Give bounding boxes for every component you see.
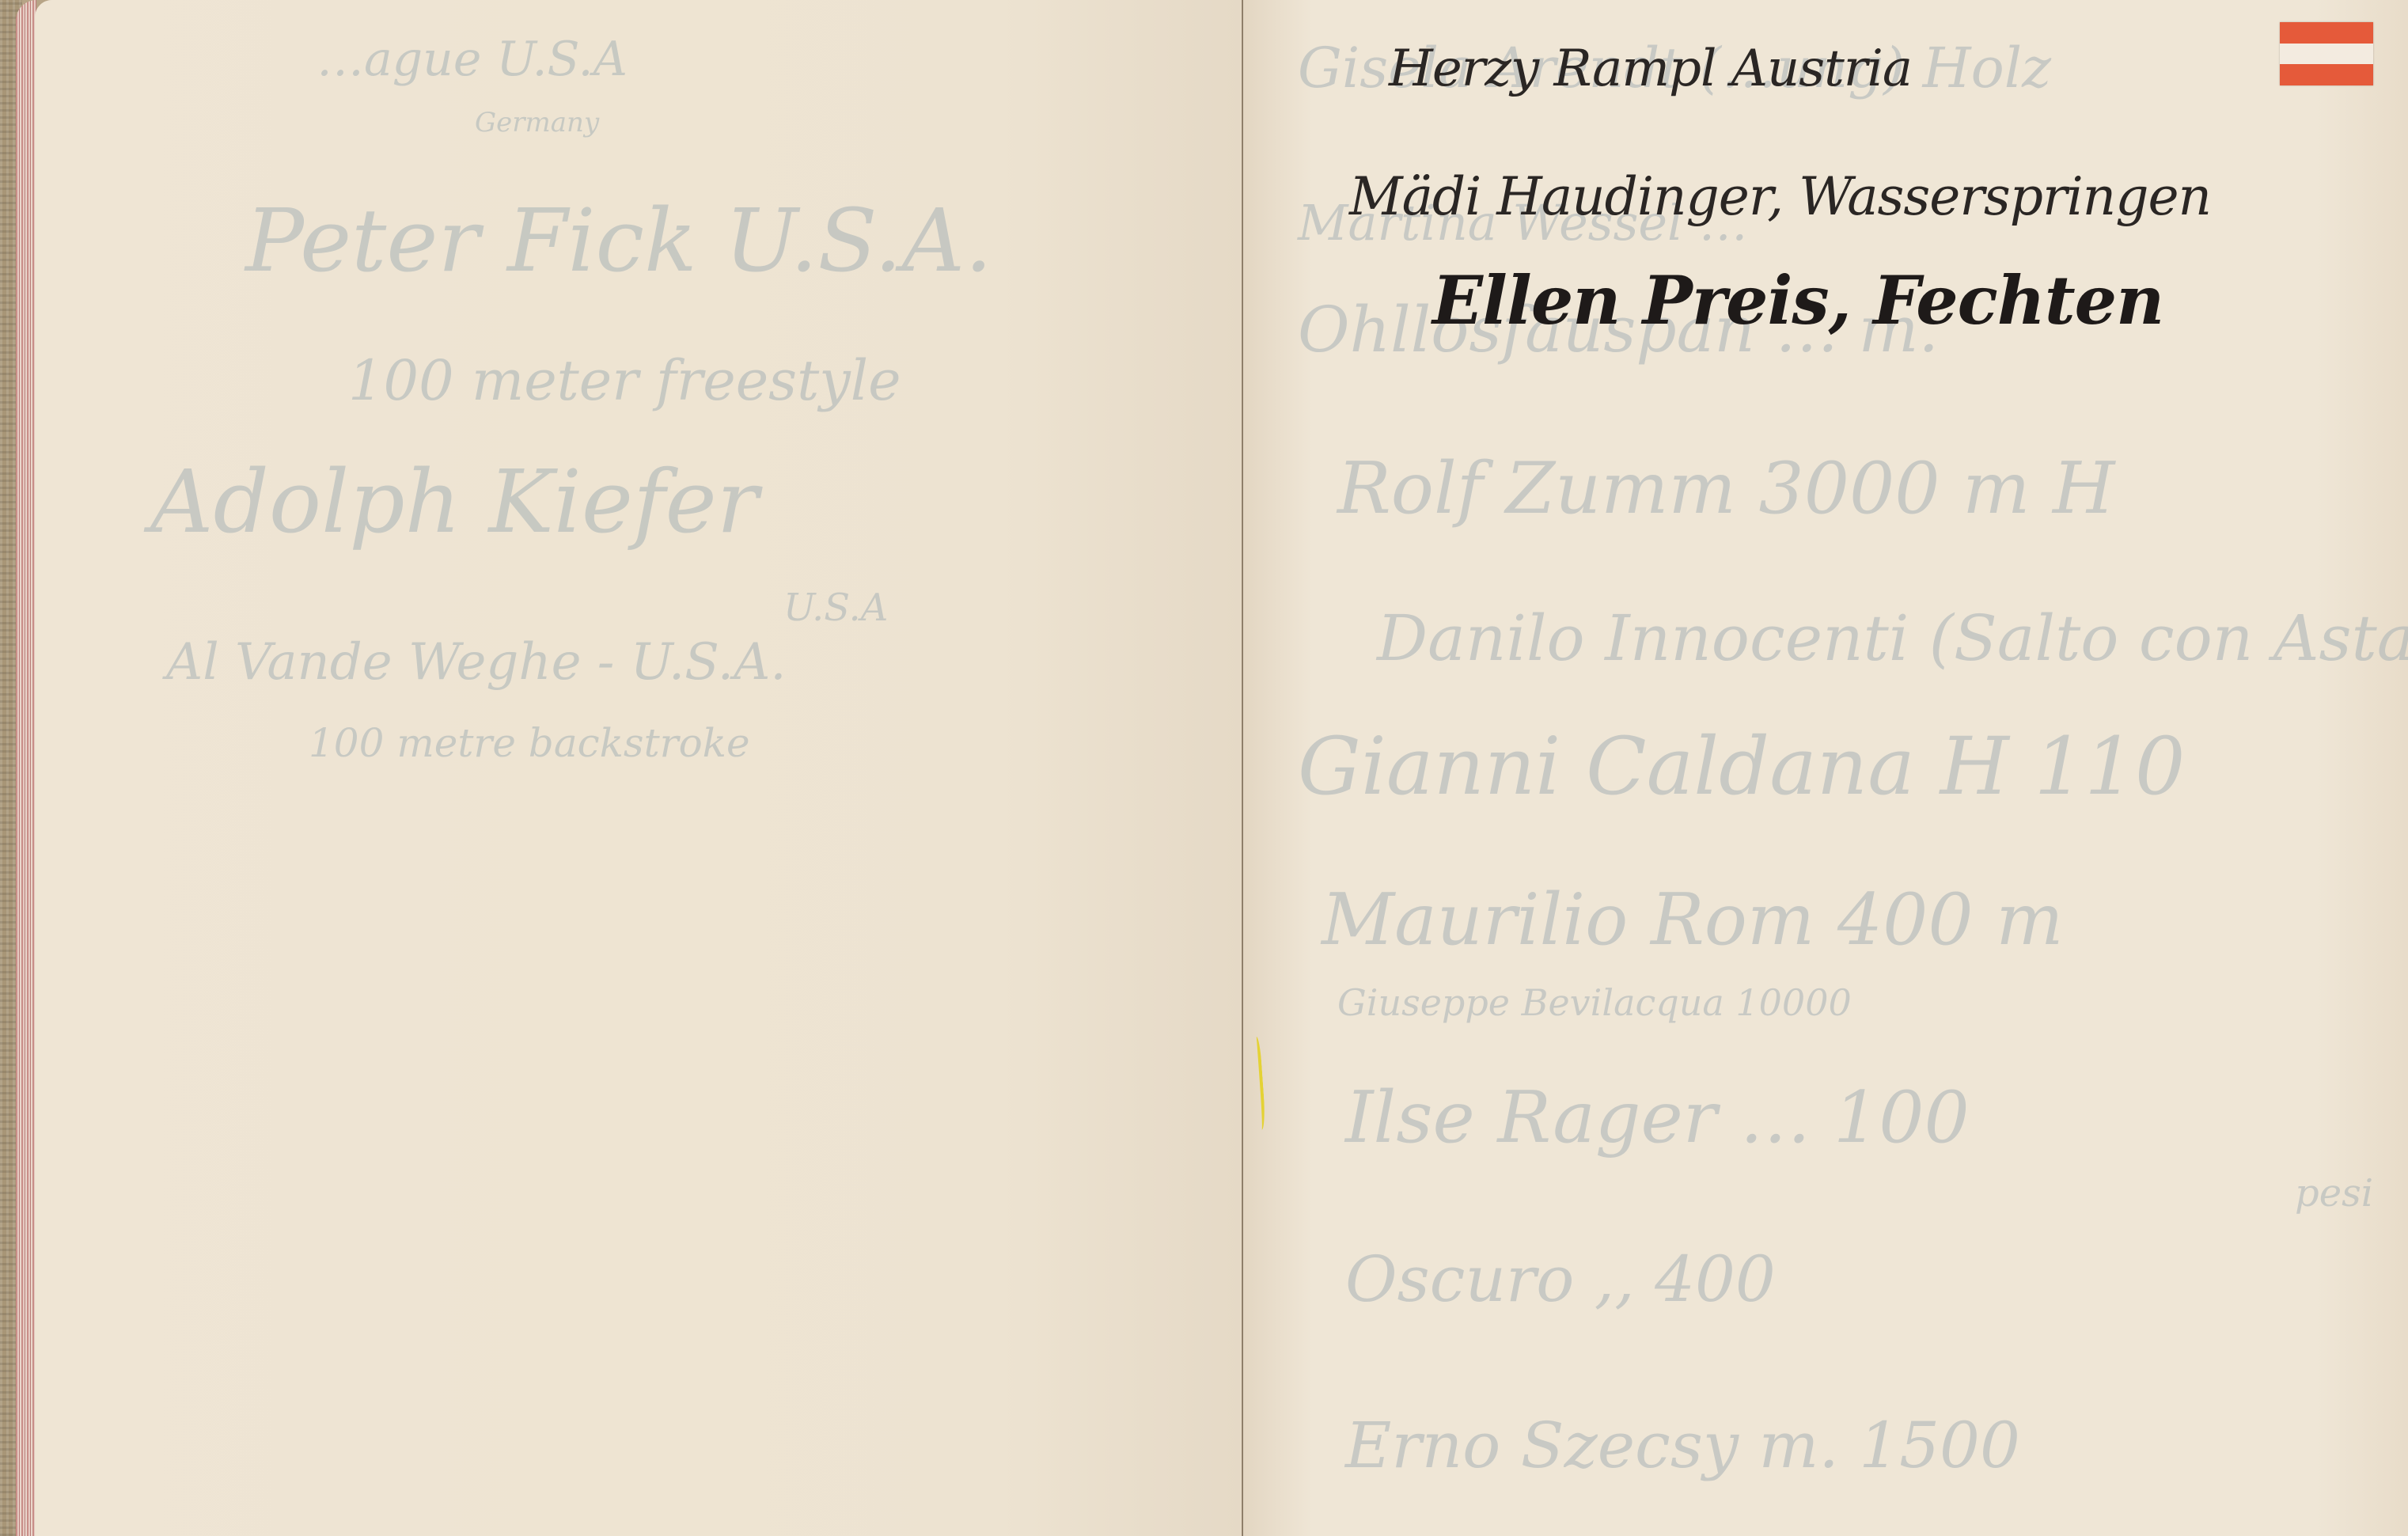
faded-entry: Maurilio Rom 400 m [1322, 878, 2064, 961]
faded-entry: 100 metre backstroke [309, 720, 750, 766]
faded-entry: Peter Fick U.S.A. [245, 190, 992, 291]
flag-band-top [2280, 22, 2373, 44]
faded-entry: Giuseppe Bevilacqua 10000 [1337, 981, 1852, 1024]
faded-entry: Rolf Zumm 3000 m H [1337, 447, 2115, 530]
faded-entry: Danilo Innocenti (Salto con Asta [1377, 601, 2408, 675]
faded-entry: Germany [475, 107, 599, 138]
faded-entry: Oscuro ,, 400 [1345, 1242, 1776, 1316]
signature-preis: Ellen Preis, Fechten [1432, 261, 2163, 339]
faded-entry: …ague U.S.A [317, 32, 628, 87]
flag-band-middle [2280, 44, 2373, 65]
signature-haudinger: Mädi Haudinger, Wasserspringen [1349, 166, 2211, 227]
flag-band-bottom [2280, 64, 2373, 85]
page-edges [16, 0, 36, 1536]
faded-entry: 100 meter freestyle [348, 348, 901, 413]
faded-entry: pesi [2295, 1171, 2373, 1216]
faded-entry: Gianni Caldana H 110 [1298, 720, 2185, 813]
faded-entry: Al Vande Weghe - U.S.A. [166, 633, 787, 692]
faded-entry: Ilse Rager … 100 [1345, 1076, 1970, 1159]
austria-flag-icon [2280, 22, 2373, 85]
signature-rampl: Herzy Rampl Austria [1389, 40, 1912, 98]
faded-entry: Erno Szecsy m. 1500 [1345, 1409, 2020, 1482]
faded-entry: Adolph Kiefer [150, 451, 758, 552]
faded-entry: U.S.A [783, 586, 888, 630]
